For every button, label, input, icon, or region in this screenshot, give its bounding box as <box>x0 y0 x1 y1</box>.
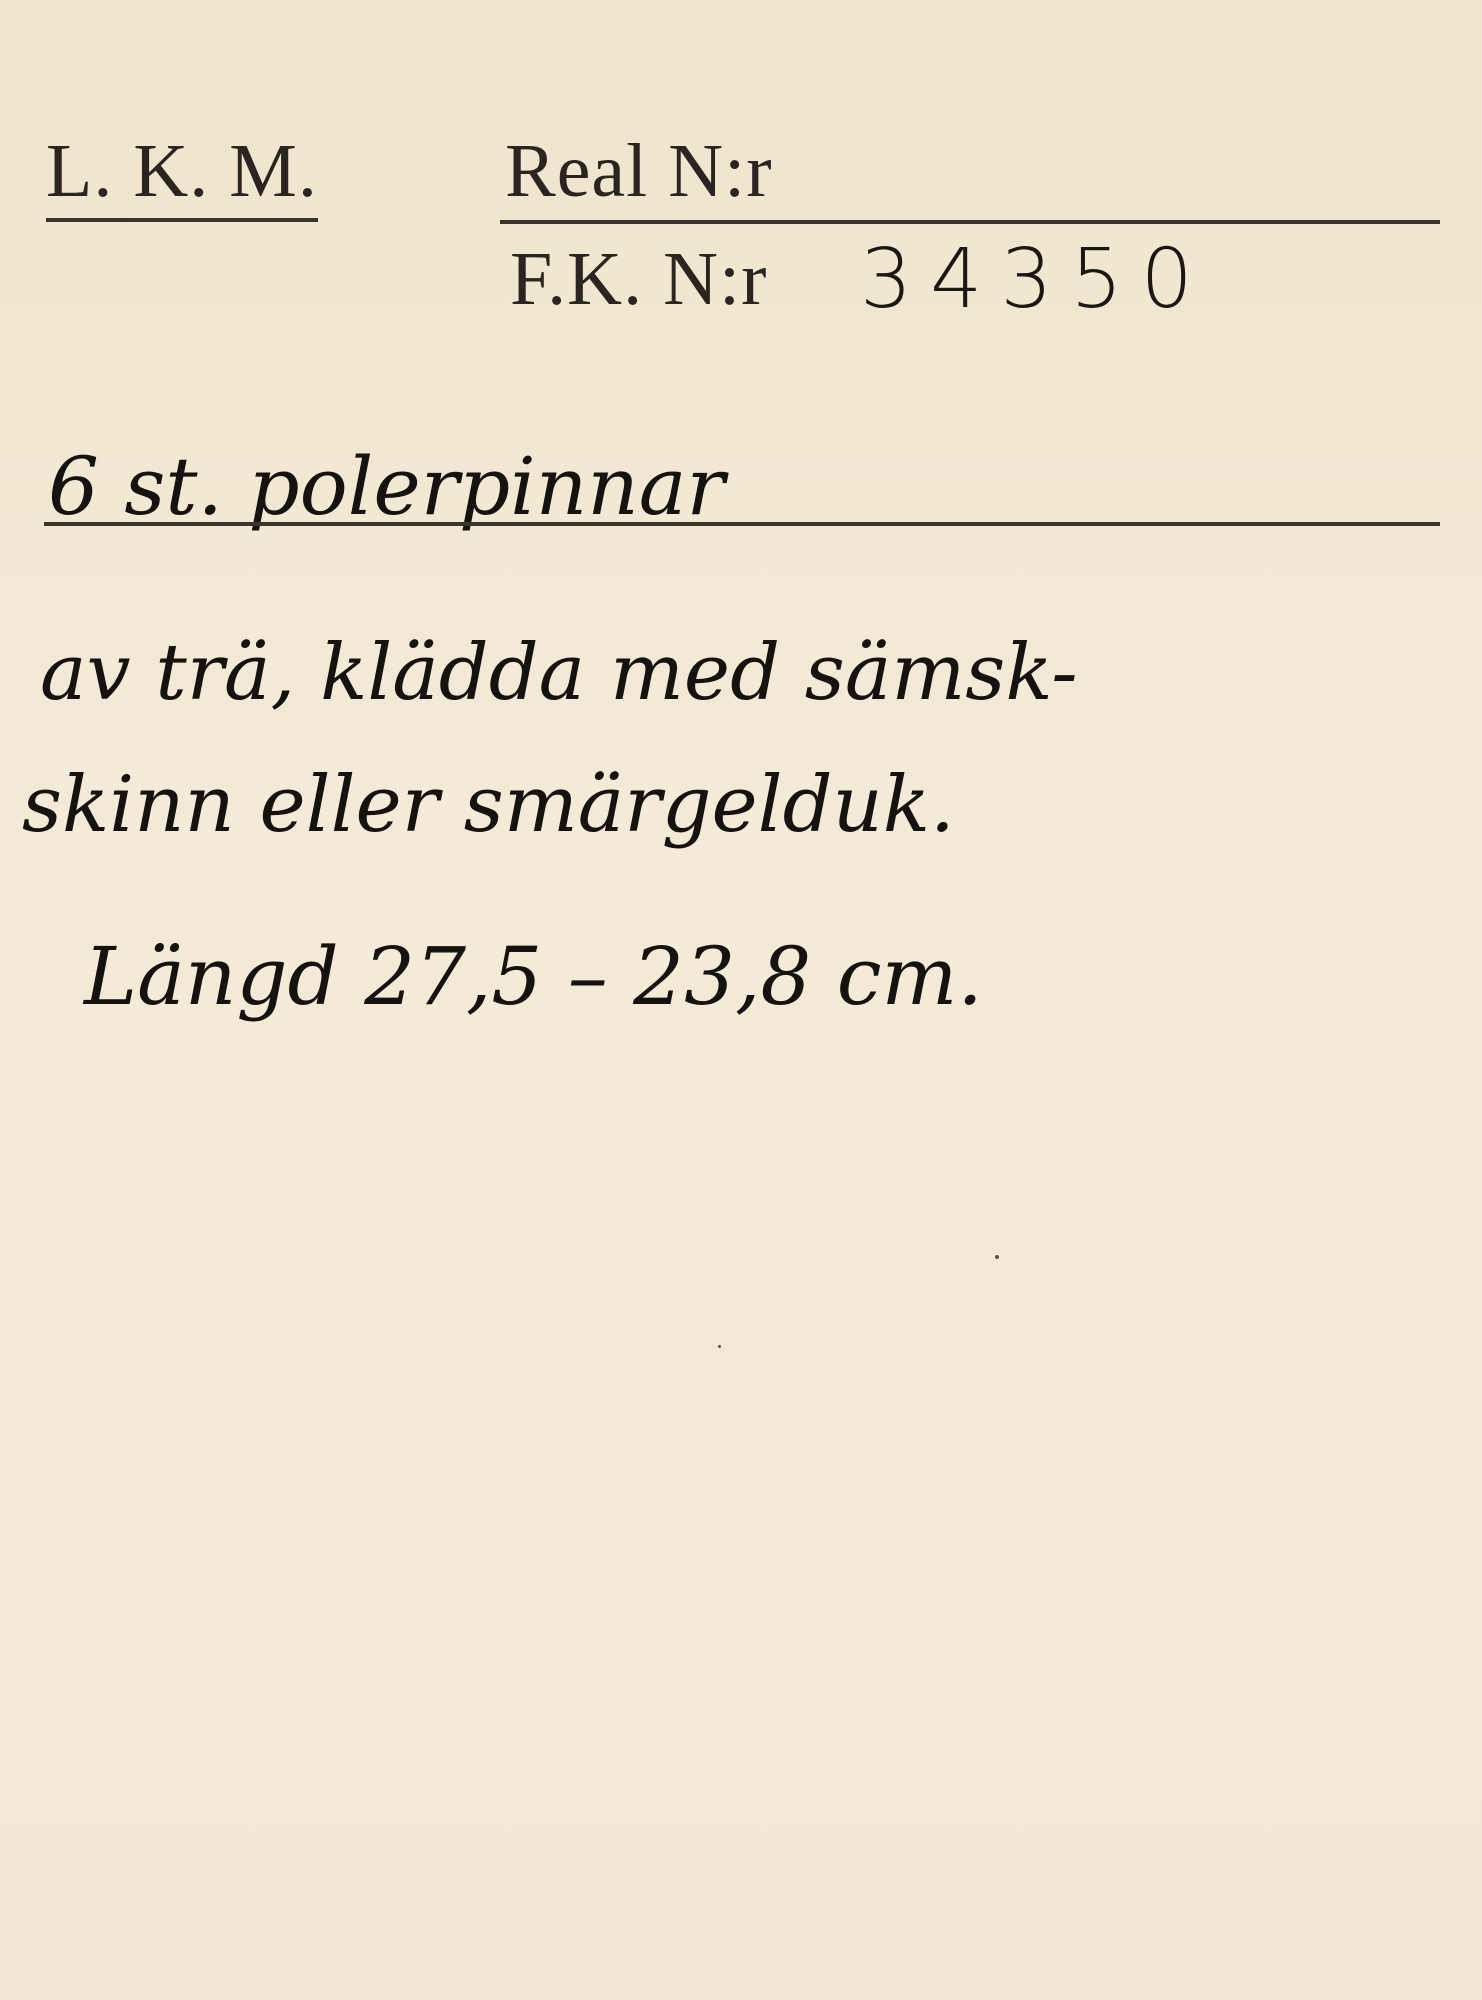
real-number-label: Real N:r <box>505 128 773 215</box>
paper-speck <box>718 1345 721 1348</box>
description-line-2: skinn eller smärgelduk. <box>22 760 955 850</box>
fk-number-label: F.K. N:r <box>510 236 767 323</box>
institution-underline <box>46 218 318 222</box>
measurement-text: Längd 27,5 – 23,8 cm. <box>84 930 983 1023</box>
description-line-1: av trä, klädda med sämsk- <box>40 628 1078 718</box>
real-number-rule <box>500 220 1440 224</box>
paper-speck <box>995 1255 999 1259</box>
title-rule <box>44 522 1440 526</box>
fk-number-value: 34350 <box>860 232 1211 327</box>
item-title: 6 st. polerpinnar <box>48 440 725 533</box>
institution-label: L. K. M. <box>46 128 318 215</box>
